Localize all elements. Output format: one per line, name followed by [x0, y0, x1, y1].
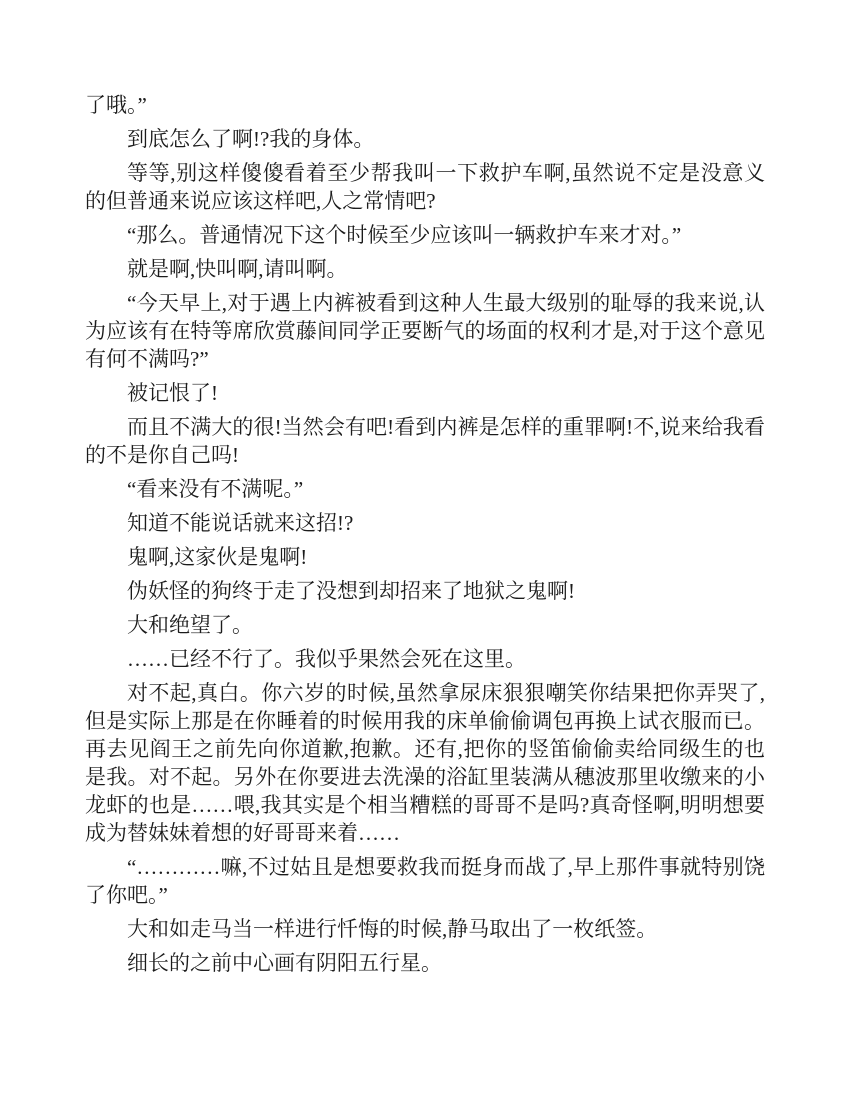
- page-text: 了哦。”到底怎么了啊!?我的身体。等等,别这样傻傻看着至少帮我叫一下救护车啊,虽…: [85, 91, 765, 977]
- paragraph: 大和绝望了。: [85, 611, 765, 639]
- paragraph: “今天早上,对于遇上内裤被看到这种人生最大级别的耻辱的我来说,认为应该有在特等席…: [85, 289, 765, 373]
- paragraph: 对不起,真白。你六岁的时候,虽然拿尿床狠狠嘲笑你结果把你弄哭了,但是实际上那是在…: [85, 679, 765, 847]
- paragraph: 就是啊,快叫啊,请叫啊。: [85, 255, 765, 283]
- paragraph: ……已经不行了。我似乎果然会死在这里。: [85, 645, 765, 673]
- paragraph: “那么。普通情况下这个时候至少应该叫一辆救护车来才对。”: [85, 221, 765, 249]
- paragraph: “…………嘛,不过姑且是想要救我而挺身而战了,早上那件事就特别饶了你吧。”: [85, 853, 765, 909]
- paragraph: 而且不满大的很!当然会有吧!看到内裤是怎样的重罪啊!不,说来给我看的不是你自己吗…: [85, 413, 765, 469]
- paragraph: 鬼啊,这家伙是鬼啊!: [85, 543, 765, 571]
- paragraph: 了哦。”: [85, 91, 765, 119]
- paragraph: 大和如走马当一样进行忏悔的时候,静马取出了一枚纸签。: [85, 915, 765, 943]
- paragraph: 到底怎么了啊!?我的身体。: [85, 125, 765, 153]
- paragraph: 被记恨了!: [85, 379, 765, 407]
- document-page: 了哦。”到底怎么了啊!?我的身体。等等,别这样傻傻看着至少帮我叫一下救护车啊,虽…: [0, 0, 850, 1100]
- paragraph: 伪妖怪的狗终于走了没想到却招来了地狱之鬼啊!: [85, 577, 765, 605]
- paragraph: 知道不能说话就来这招!?: [85, 509, 765, 537]
- paragraph: 细长的之前中心画有阴阳五行星。: [85, 949, 765, 977]
- paragraph: 等等,别这样傻傻看着至少帮我叫一下救护车啊,虽然说不定是没意义的但普通来说应该这…: [85, 159, 765, 215]
- paragraph: “看来没有不满呢。”: [85, 475, 765, 503]
